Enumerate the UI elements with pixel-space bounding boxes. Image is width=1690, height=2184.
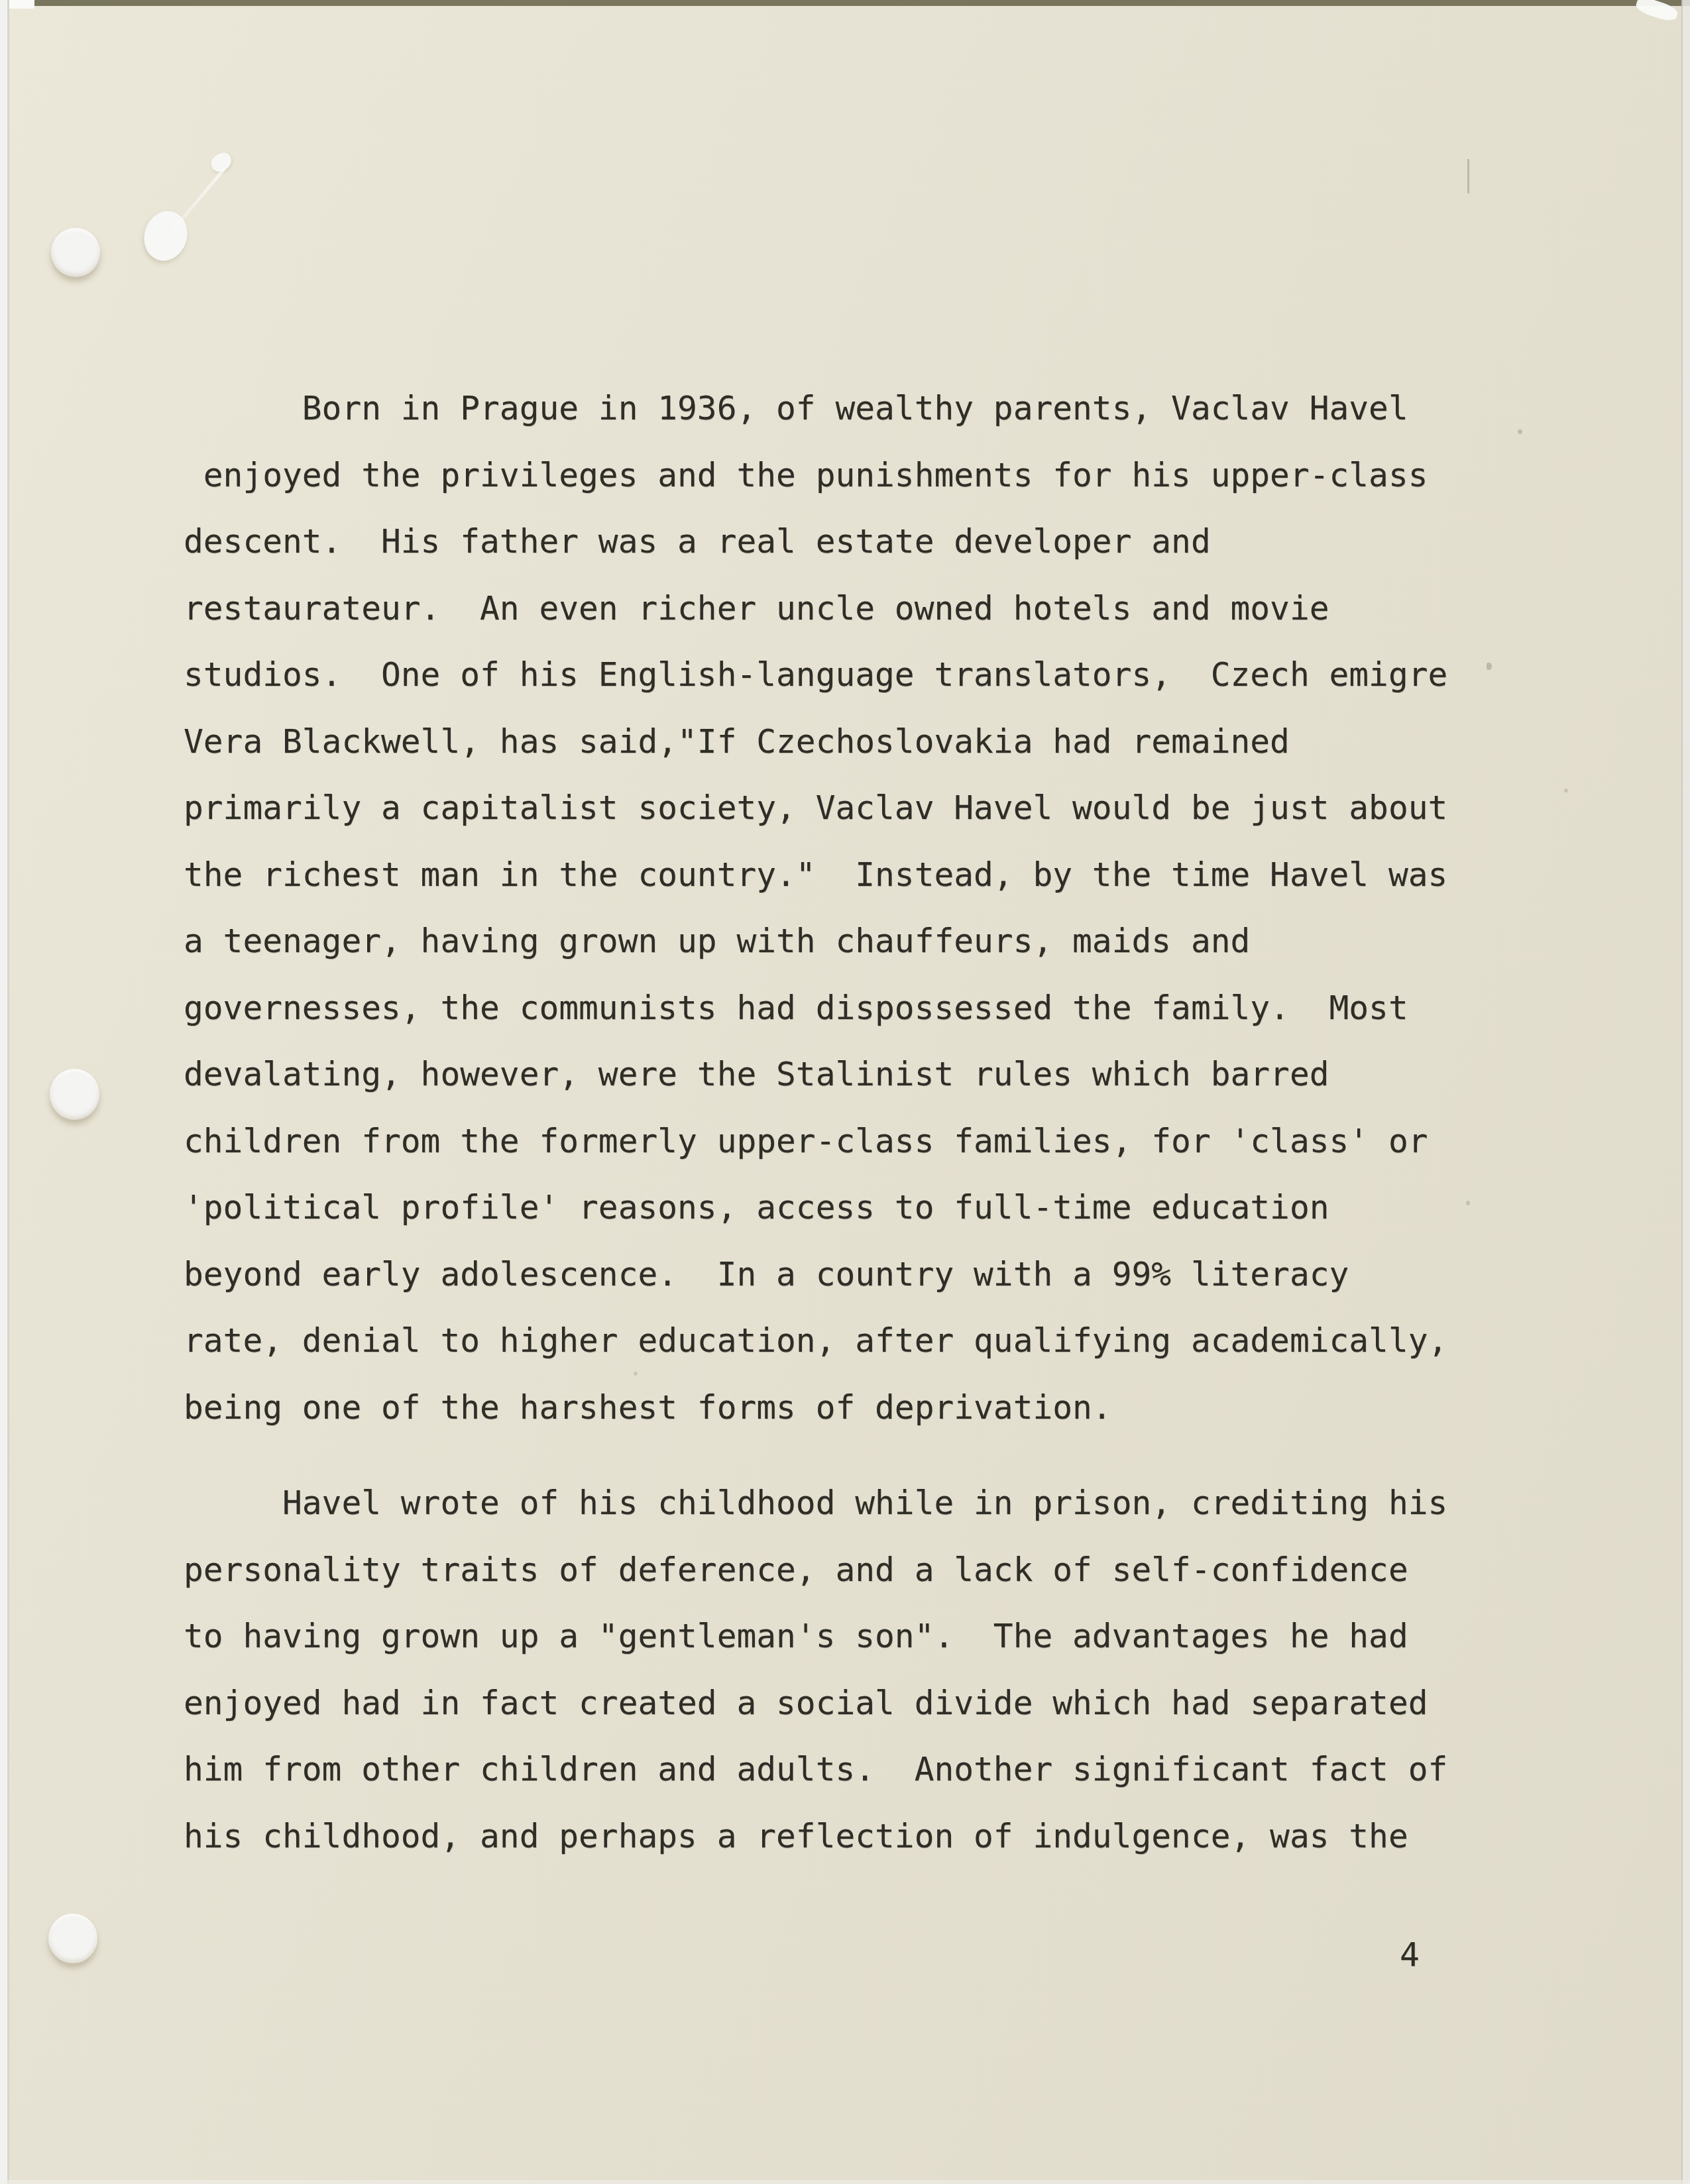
text-line: to having grown up a "gentleman's son". … xyxy=(184,1603,1549,1670)
page-right-edge xyxy=(1681,0,1690,2184)
text-line: primarily a capitalist society, Vaclav H… xyxy=(184,775,1549,842)
page-number: 4 xyxy=(1400,1922,1420,1988)
text-line: children from the formerly upper-class f… xyxy=(184,1108,1549,1175)
text-line: restaurateur. An even richer uncle owned… xyxy=(184,575,1549,642)
paper-crease-mark xyxy=(160,168,225,246)
text-line: studios. One of his English-language tra… xyxy=(184,641,1549,708)
text-line: enjoyed the privileges and the punishmen… xyxy=(184,442,1549,509)
text-line: 'political profile' reasons, access to f… xyxy=(184,1174,1549,1241)
text-line: governesses, the communists had disposse… xyxy=(184,975,1549,1042)
hole-punch-bottom xyxy=(48,1914,97,1963)
text-line: rate, denial to higher education, after … xyxy=(184,1307,1549,1374)
text-line: Born in Prague in 1936, of wealthy paren… xyxy=(184,375,1549,442)
page-left-edge xyxy=(0,0,9,2184)
text-line: Havel wrote of his childhood while in pr… xyxy=(184,1470,1549,1537)
scanned-typewritten-page: Born in Prague in 1936, of wealthy paren… xyxy=(0,0,1690,2184)
page-bottom-edge xyxy=(0,2180,1690,2184)
text-line: being one of the harshest forms of depri… xyxy=(184,1374,1549,1441)
text-line: personality traits of deference, and a l… xyxy=(184,1537,1549,1604)
text-line: Vera Blackwell, has said,"If Czechoslova… xyxy=(184,708,1549,775)
text-line: a teenager, having grown up with chauffe… xyxy=(184,908,1549,975)
text-line: beyond early adolescence. In a country w… xyxy=(184,1241,1549,1308)
text-line: enjoyed had in fact created a social div… xyxy=(184,1670,1549,1737)
text-line: him from other children and adults. Anot… xyxy=(184,1736,1549,1803)
paragraph-1: Born in Prague in 1936, of wealthy paren… xyxy=(184,375,1549,1441)
text-line: descent. His father was a real estate de… xyxy=(184,508,1549,575)
paper-tick-mark xyxy=(1467,159,1469,193)
paragraph-2: Havel wrote of his childhood while in pr… xyxy=(184,1470,1549,1869)
hole-punch-middle xyxy=(50,1069,99,1120)
text-line: devalating, however, were the Stalinist … xyxy=(184,1041,1549,1108)
text-line: the richest man in the country." Instead… xyxy=(184,842,1549,908)
paper-speck xyxy=(1564,789,1568,792)
hole-punch-top xyxy=(51,228,100,277)
scan-top-edge xyxy=(0,0,1690,6)
text-line: his childhood, and perhaps a reflection … xyxy=(184,1803,1549,1870)
